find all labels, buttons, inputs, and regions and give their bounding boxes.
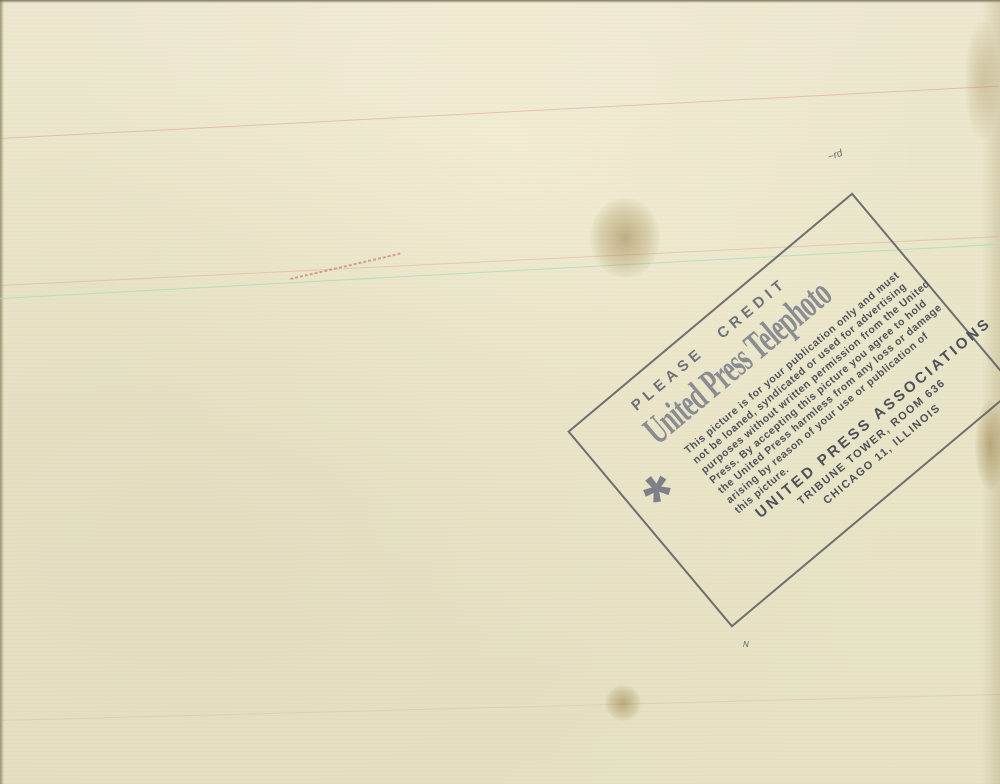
- water-stain: [590, 198, 660, 278]
- pencil-mark: N: [743, 640, 749, 649]
- paper-edge-top: [0, 0, 1000, 3]
- water-stain: [605, 685, 641, 721]
- edge-stain: [965, 20, 1000, 140]
- paper-edge-left: [0, 0, 4, 784]
